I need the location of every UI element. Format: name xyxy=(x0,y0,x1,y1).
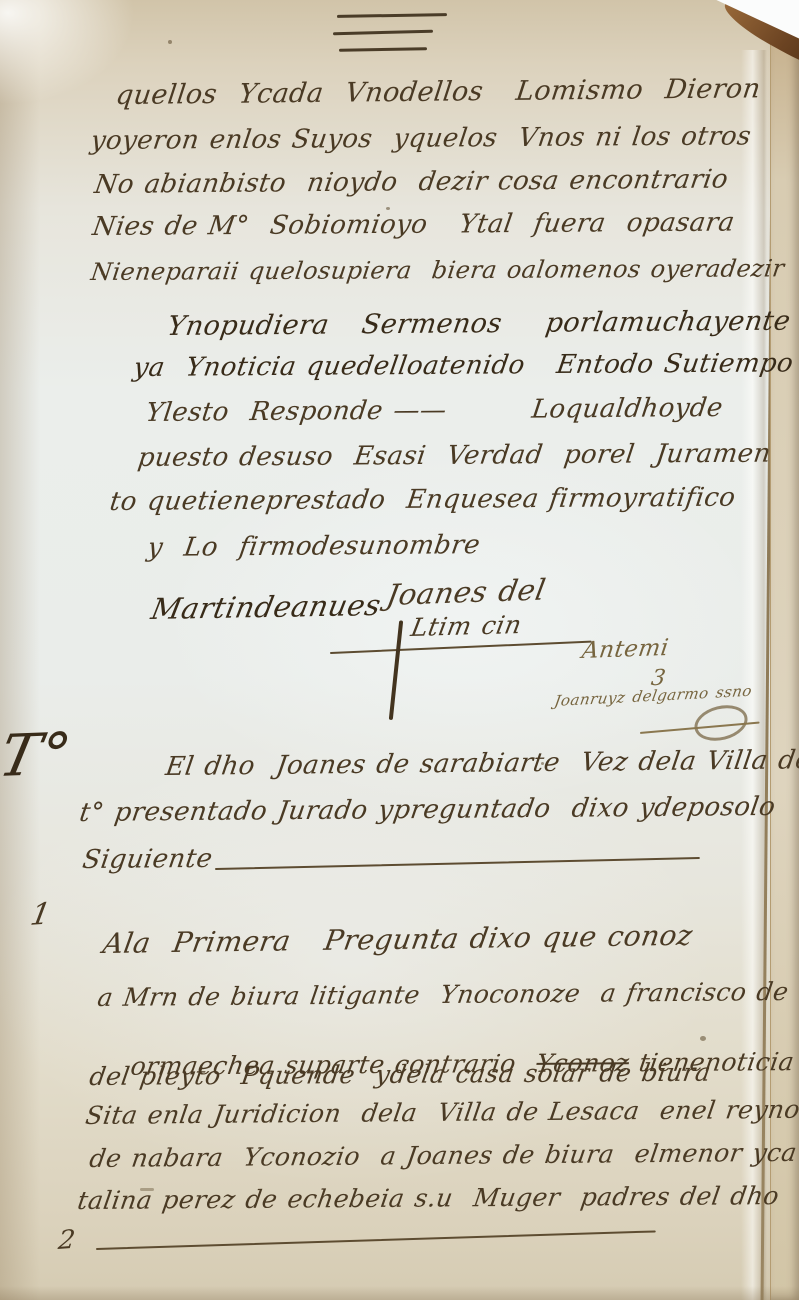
manuscript-line: Ylesto Responde —— Loqualdhoyde xyxy=(144,393,725,428)
witness-signature: Joanes del xyxy=(384,573,548,612)
manuscript-line: a Mrn de biura litigante Ynoconoze a fra… xyxy=(96,977,791,1012)
manuscript-line: yoyeron enlos Suyos yquelos Vnos ni los … xyxy=(89,121,753,156)
manuscript-line: Nies de M° Sobiomioyo Ytal fuera opasara xyxy=(90,208,736,242)
bottom-edge-shadow xyxy=(0,1286,799,1300)
manuscript-line: de nabara Yconozio a Joanes de biura elm… xyxy=(88,1138,799,1173)
manuscript-line: Siguiente xyxy=(81,844,215,875)
ink-speck xyxy=(101,272,104,275)
witness-signature: Martindeanues xyxy=(148,588,384,626)
ink-speck xyxy=(700,1036,706,1041)
ink-speck xyxy=(168,40,172,44)
manuscript-line: puesto desuso Esasi Verdad porel Juramen xyxy=(136,439,773,473)
manuscript-line: del pleyto Pquende ydela casa solar de b… xyxy=(88,1058,713,1091)
manuscript-line: Ynopudiera Sermenos porlamuchayente xyxy=(165,306,792,342)
manuscript-line: t° presentado Jurado ypreguntado dixo yd… xyxy=(78,792,778,828)
manuscript-page: quellos Ycada Vnodellos Lomismo Dieron y… xyxy=(0,0,799,1300)
ante-mi-note: Antemi xyxy=(580,635,670,664)
ink-speck xyxy=(541,762,544,765)
bottom-flourish-mark: 2 xyxy=(57,1225,77,1256)
manuscript-line: talina perez de echebeia s.u Muger padre… xyxy=(76,1181,782,1215)
pencil-dash xyxy=(140,1188,154,1191)
witness-signature: Ltim cin xyxy=(409,610,525,642)
manuscript-line: ya Ynoticia quedelloatenido Entodo Sutie… xyxy=(131,348,795,383)
manuscript-line: Nieneparaii quelosupiera biera oalomenos… xyxy=(89,254,786,286)
manuscript-line: to quetieneprestado Enquesea firmoyratif… xyxy=(108,483,737,517)
manuscript-line: y Lo firmodesunombre xyxy=(146,530,483,563)
manuscript-line: No abianbisto nioydo dezir cosa encontra… xyxy=(93,164,731,200)
ink-speck xyxy=(386,207,390,210)
